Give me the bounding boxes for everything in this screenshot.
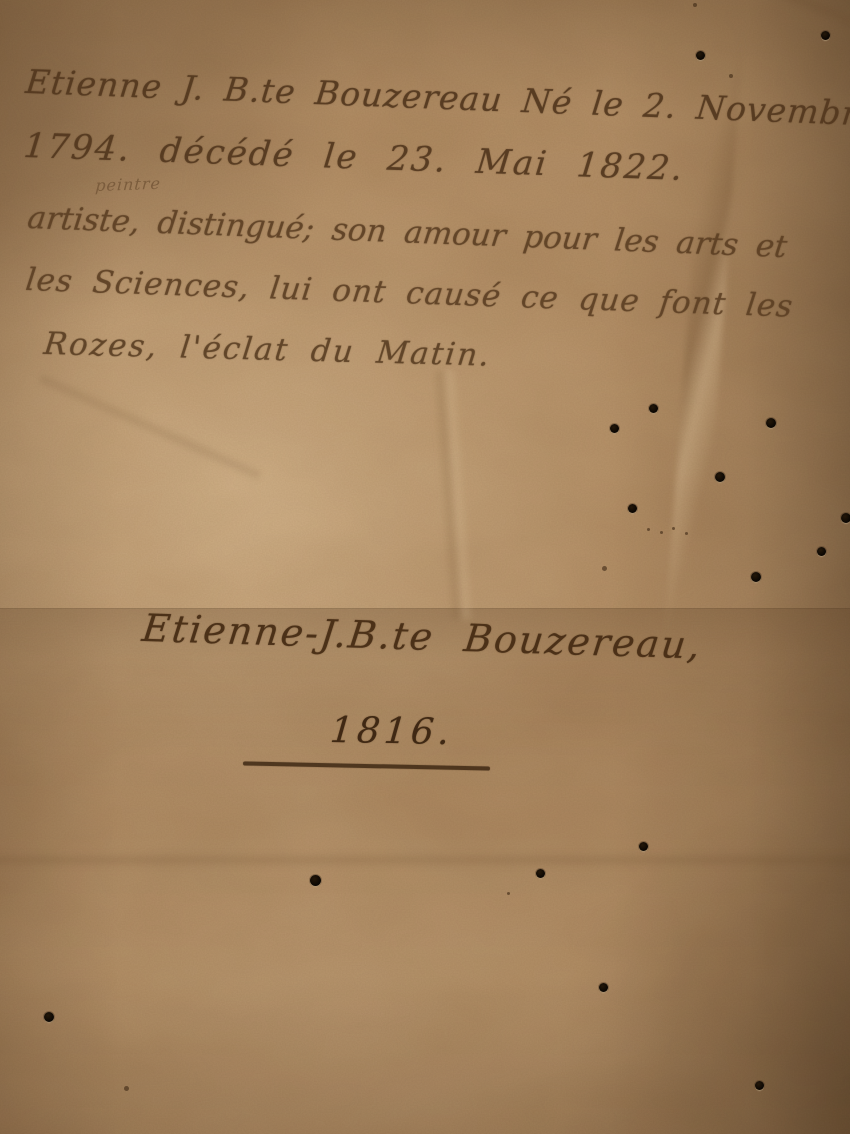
wormhole — [310, 875, 321, 886]
wormhole — [649, 404, 658, 413]
wormhole — [639, 842, 648, 851]
ink-speck — [672, 527, 675, 530]
ink-speck — [124, 1086, 129, 1091]
wormhole — [766, 418, 776, 428]
wormhole — [755, 1081, 764, 1090]
handwriting-line-4: les Sciences, lui ont causé ce que font … — [24, 262, 796, 325]
paper-crease — [646, 0, 850, 44]
wormhole — [817, 547, 826, 556]
wormhole — [536, 869, 545, 878]
wormhole — [628, 504, 637, 513]
ink-speck — [729, 74, 733, 78]
paper-crease — [431, 369, 474, 620]
paper-crease — [0, 852, 850, 868]
paper-crease — [38, 372, 263, 482]
year-underline — [243, 761, 490, 770]
ink-speck — [685, 532, 688, 535]
ink-speck — [647, 528, 650, 531]
wormhole — [610, 424, 619, 433]
handwriting-line-3: artiste, distingué; son amour pour les a… — [25, 200, 789, 265]
ink-speck — [660, 531, 663, 534]
ink-speck — [693, 3, 697, 7]
wormhole — [715, 472, 725, 482]
paper-tone-band — [0, 608, 850, 1134]
handwriting-interline-insertion: peintre — [95, 174, 162, 195]
wormhole — [821, 31, 830, 40]
handwriting-year: 1816. — [328, 710, 455, 753]
handwriting-name-title: Etienne-J.B.te Bouzereau, — [140, 606, 705, 667]
wormhole — [599, 983, 608, 992]
wormhole — [751, 572, 761, 582]
manuscript-photo: Etienne J. B.te Bouzereau Né le 2. Novem… — [0, 0, 850, 1134]
handwriting-line-5: Rozes, l'éclat du Matin. — [42, 326, 493, 374]
ink-speck — [602, 566, 607, 571]
ink-speck — [507, 892, 510, 895]
wormhole — [841, 513, 850, 523]
handwriting-line-1: Etienne J. B.te Bouzereau Né le 2. Novem… — [24, 62, 850, 134]
wormhole — [44, 1012, 54, 1022]
wormhole — [696, 51, 705, 60]
